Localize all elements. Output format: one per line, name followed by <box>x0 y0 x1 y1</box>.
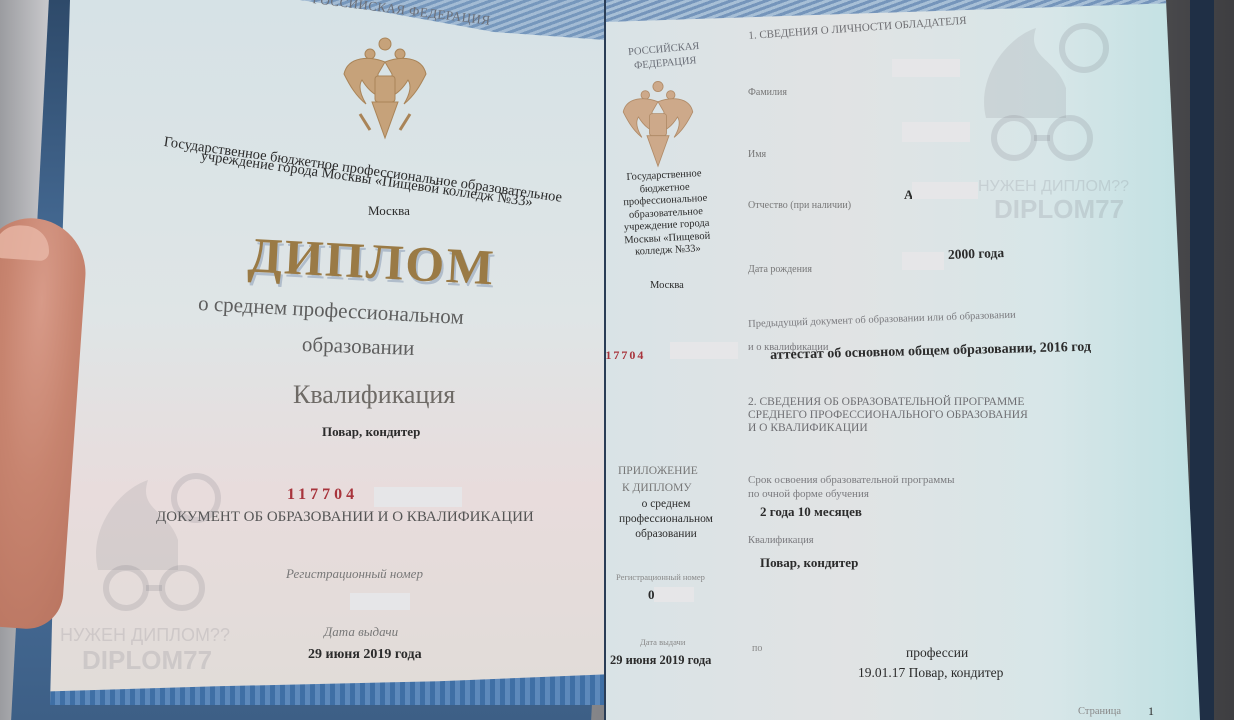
redacted-name <box>902 122 970 142</box>
watermark-logo-icon <box>78 470 228 620</box>
previous-document-label-line1: Предыдущий документ об образовании или о… <box>748 310 1016 330</box>
watermark-text-line2: DIPLOM77 <box>994 194 1124 225</box>
redacted-surname <box>892 59 960 77</box>
appendix-description-line: о среднем <box>606 497 726 512</box>
program-duration-value: 2 года 10 месяцев <box>760 504 862 520</box>
appendix-description-line: образовании <box>606 527 726 542</box>
program-duration-label-line1: Срок освоения образовательной программы <box>748 474 955 486</box>
issue-date-value: 29 июня 2019 года <box>308 647 422 663</box>
sidebar-issue-date-value: 29 июня 2019 года <box>610 653 711 668</box>
patronymic-label: Отчество (при наличии) <box>748 200 851 211</box>
watermark-logo-icon <box>966 18 1116 168</box>
watermark-text-line2: DIPLOM77 <box>82 645 212 676</box>
birth-date-value-suffix: 2000 года <box>948 245 1005 263</box>
diploma-right-page: РОССИЙСКАЯ ФЕДЕРАЦИЯ Государственное бюд… <box>606 0 1200 720</box>
sidebar-coat-of-arms-icon <box>618 78 698 173</box>
sidebar-institution-name: Государственное бюджетное профессиональн… <box>614 167 718 260</box>
redacted-birth-day-month <box>902 252 944 270</box>
profession-value: 19.01.17 Повар, кондитер <box>858 665 1003 681</box>
surname-label: Фамилия <box>748 87 787 98</box>
sidebar-city: Москва <box>650 280 684 291</box>
birth-date-label: Дата рождения <box>748 264 812 275</box>
registration-number-label: Регистрационный номер <box>286 566 423 582</box>
program-duration-label-line2: по очной форме обучения <box>748 488 869 500</box>
redacted-sidebar-serial <box>670 342 738 359</box>
redacted-sidebar-registration <box>654 587 694 602</box>
sidebar-country-line2: ФЕДЕРАЦИЯ <box>634 55 697 71</box>
redacted-serial <box>374 487 462 507</box>
page-label: Страница <box>1078 706 1121 717</box>
coat-of-arms-icon <box>340 34 430 146</box>
guilloche-pattern-bottom <box>50 671 605 705</box>
watermark-text-line1: НУЖЕН ДИПЛОМ?? <box>60 625 230 646</box>
section1-title: 1. СВЕДЕНИЯ О ЛИЧНОСТИ ОБЛАДАТЕЛЯ <box>748 15 967 42</box>
section2-title-line: СРЕДНЕГО ПРОФЕССИОНАЛЬНОГО ОБРАЗОВАНИЯ <box>748 409 1028 422</box>
diploma-subtitle-line2: образовании <box>302 332 415 361</box>
sidebar-serial-number: 117704 <box>606 348 645 363</box>
section2-title-line: И О КВАЛИФИКАЦИИ <box>748 422 1028 435</box>
section2-title: 2. СВЕДЕНИЯ ОБ ОБРАЗОВАТЕЛЬНОЙ ПРОГРАММЕ… <box>748 396 1028 435</box>
diploma-title: ДИПЛОМ <box>247 226 497 297</box>
profession-label: профессии <box>906 645 968 661</box>
program-qualification-label: Квалификация <box>748 535 814 546</box>
redacted-registration-number <box>350 593 410 610</box>
thumb-nail <box>0 224 51 262</box>
by-label: по <box>752 643 762 654</box>
sidebar-issue-date-label: Дата выдачи <box>640 637 685 647</box>
name-label: Имя <box>748 149 766 160</box>
sidebar-registration-label: Регистрационный номер <box>616 572 705 582</box>
page-number: 1 <box>1148 704 1154 719</box>
city-label: Москва <box>368 203 410 219</box>
program-qualification-value: Повар, кондитер <box>760 555 858 571</box>
diploma-left-page: РОССИЙСКАЯ ФЕДЕРАЦИЯ Государственное бюд… <box>50 0 605 705</box>
appendix-description: о среднем профессиональном образовании <box>606 497 726 542</box>
issue-date-label: Дата выдачи <box>324 624 398 640</box>
appendix-label-line1: ПРИЛОЖЕНИЕ <box>618 465 698 477</box>
section2-title-line: 2. СВЕДЕНИЯ ОБ ОБРАЗОВАТЕЛЬНОЙ ПРОГРАММЕ <box>748 396 1028 409</box>
diploma-subtitle-line1: о среднем профессиональном <box>198 291 465 330</box>
serial-number: 117704 <box>287 486 358 504</box>
appendix-label-line2: К ДИПЛОМУ <box>622 482 691 494</box>
appendix-description-line: профессиональном <box>606 512 726 527</box>
qualification-value: Повар, кондитер <box>322 424 420 440</box>
redacted-patronymic <box>912 182 978 199</box>
qualification-heading: Квалификация <box>293 380 455 410</box>
